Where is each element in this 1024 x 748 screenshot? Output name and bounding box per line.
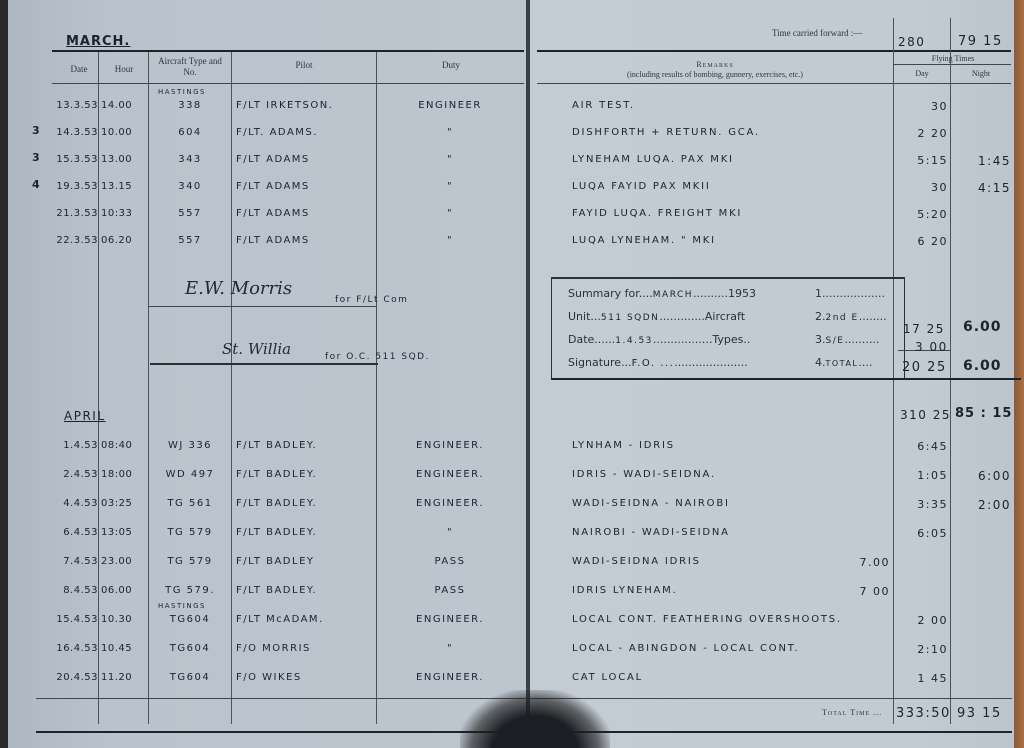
april-carried-day: 310 25 <box>900 408 951 422</box>
entry-night-time: 2:00 <box>953 498 1011 512</box>
entry-pilot: F/LT IRKETSON. <box>236 100 333 111</box>
entry-hour: 23.00 <box>101 556 132 567</box>
entry-hour: 06.00 <box>101 585 132 596</box>
entry-extra-time: 7.00 <box>836 556 890 569</box>
flight-commander-signature: E.W. Morris <box>185 278 292 299</box>
entry-hour: 10.45 <box>101 643 132 654</box>
logbook-left-page <box>8 0 530 748</box>
entry-pilot: F/LT BADLEY. <box>236 469 317 480</box>
summary-line-3: 3.S/E.......... <box>815 333 879 346</box>
entry-day-time: 30 <box>896 181 948 194</box>
month-heading-march: MARCH. <box>66 34 130 49</box>
entry-duty: PASS <box>380 585 520 596</box>
entry-date: 15.4.53 <box>40 614 98 625</box>
entry-day-time: 1 45 <box>896 672 948 685</box>
column-header-flying-times: Flying Times <box>894 54 1012 63</box>
entry-aircraft: WJ 336 <box>155 440 225 451</box>
entry-night-time: 1:45 <box>953 154 1011 168</box>
summary-unit: 511 SQDN <box>601 313 660 323</box>
carried-forward-day: 280 <box>898 35 925 49</box>
entry-duty: " <box>380 154 520 165</box>
officer-commanding-title: for O.C. 511 SQD. <box>325 352 430 362</box>
page-edge <box>1014 0 1024 748</box>
entry-hour: 13:05 <box>101 527 132 538</box>
col-divider-date <box>98 52 99 724</box>
summary-se-day: 3 00 <box>915 340 948 354</box>
entry-aircraft: WD 497 <box>155 469 225 480</box>
entry-remarks: NAIROBI - WADI-SEIDNA <box>572 527 730 538</box>
column-header-pilot: Pilot <box>232 60 376 70</box>
entry-duty: " <box>380 208 520 219</box>
summary-total-day: 20 25 <box>902 360 947 375</box>
entry-day-time: 5:15 <box>896 154 948 167</box>
bottom-rule-left <box>36 698 526 699</box>
col-divider-aircraft <box>231 52 232 724</box>
entry-day-time: 3:35 <box>896 498 948 511</box>
entry-date: 15.3.53 <box>40 154 98 165</box>
entry-pilot: F/LT BADLEY. <box>236 498 317 509</box>
entry-remarks: WADI-SEIDNA - NAIROBI <box>572 498 730 509</box>
entry-day-time: 2 00 <box>896 614 948 627</box>
entry-date: 22.3.53 <box>40 235 98 246</box>
entry-date: 16.4.53 <box>40 643 98 654</box>
summary-total-night: 6.00 <box>963 358 1002 374</box>
entry-pilot: F/O MORRIS <box>236 643 311 654</box>
entry-hour: 08:40 <box>101 440 132 451</box>
summary-date-row: Date......1.4.53.................Types.. <box>568 333 750 346</box>
entry-pilot: F/LT BADLEY. <box>236 527 317 538</box>
entry-aircraft: 338 <box>155 100 225 111</box>
flying-times-rule <box>893 64 1011 65</box>
entry-date: 13.3.53 <box>40 100 98 111</box>
entry-hour: 13.15 <box>101 181 132 192</box>
entry-aircraft: 557 <box>155 208 225 219</box>
entry-remarks: LYNEHAM LUQA. PAX MKI <box>572 154 734 165</box>
entry-duty: " <box>380 235 520 246</box>
book-spine <box>526 0 530 748</box>
entry-duty: " <box>380 181 520 192</box>
entry-day-time: 5:20 <box>896 208 948 221</box>
column-header-night: Night <box>951 69 1011 78</box>
entry-aircraft: 604 <box>155 127 225 138</box>
entry-duty: ENGINEER. <box>380 614 520 625</box>
header-rule-bottom-right <box>537 83 1011 84</box>
summary-unit-row: Unit...511 SQDN.............Aircraft <box>568 310 745 323</box>
col-divider-pilot <box>376 52 377 724</box>
entry-remarks: DISHFORTH + RETURN. GCA. <box>572 127 760 138</box>
entry-duty: ENGINEER. <box>380 469 520 480</box>
column-header-aircraft: Aircraft Type and No. <box>152 56 228 78</box>
entry-hour: 10.00 <box>101 127 132 138</box>
entry-pilot: F/LT BADLEY. <box>236 440 317 451</box>
entry-duty: " <box>380 127 520 138</box>
summary-underline <box>551 378 1021 380</box>
entry-aircraft: 557 <box>155 235 225 246</box>
entry-remarks: LYNHAM - IDRIS <box>572 440 675 451</box>
entry-date: 2.4.53 <box>40 469 98 480</box>
entry-remarks: LOCAL CONT. FEATHERING OVERSHOOTS. <box>572 614 842 625</box>
time-carried-forward-label: Time carried forward :— <box>772 28 862 38</box>
summary-year: 1953 <box>728 287 756 300</box>
entry-pilot: F/LT BADLEY <box>236 556 315 567</box>
entry-day-time: 2:10 <box>896 643 948 656</box>
total-time-label: Total Time ... <box>822 708 882 717</box>
entry-aircraft: TG604 <box>155 672 225 683</box>
entry-hour: 10.30 <box>101 614 132 625</box>
entry-pilot: F/LT ADAMS <box>236 181 310 192</box>
entry-aircraft: TG604 <box>155 614 225 625</box>
entry-hour: 10:33 <box>101 208 132 219</box>
summary-month: MARCH <box>653 290 693 300</box>
entry-remarks: AIR TEST. <box>572 100 635 111</box>
signature-rule-2 <box>150 363 378 365</box>
entry-aircraft: TG 579. <box>155 585 225 596</box>
entry-date: 20.4.53 <box>40 672 98 683</box>
column-header-remarks-sub: (including results of bombing, gunnery, … <box>540 70 890 79</box>
entry-date: 19.3.53 <box>40 181 98 192</box>
entry-hour: 03:25 <box>101 498 132 509</box>
officer-commanding-signature: St. Willia <box>222 340 291 358</box>
column-header-duty: Duty <box>378 60 524 70</box>
entry-remarks: FAYID LUQA. FREIGHT MKI <box>572 208 742 219</box>
entry-night-time: 4:15 <box>953 181 1011 195</box>
entry-aircraft: TG 579 <box>155 527 225 538</box>
entry-duty: ENGINEER. <box>380 672 520 683</box>
entry-day-time: 2 20 <box>896 127 948 140</box>
column-header-remarks: Remarks <box>540 60 890 69</box>
entry-hour: 11.20 <box>101 672 132 683</box>
entry-aircraft: 340 <box>155 181 225 192</box>
entry-date: 8.4.53 <box>40 585 98 596</box>
col-divider-night <box>950 18 951 724</box>
summary-2e-day: 17 25 <box>903 322 945 336</box>
aircraft-type: HASTINGS <box>158 88 206 96</box>
entry-day-time: 6:45 <box>896 440 948 453</box>
entry-hour: 14.00 <box>101 100 132 111</box>
entry-remarks: IDRIS - WADI-SEIDNA. <box>572 469 716 480</box>
entry-date: 6.4.53 <box>40 527 98 538</box>
summary-signature-row: Signature...F.O. .......................… <box>568 356 748 369</box>
flight-commander-title: for F/Lt Com <box>335 295 408 305</box>
entry-remarks: LOCAL - ABINGDON - LOCAL CONT. <box>572 643 799 654</box>
entry-remarks: LUQA LYNEHAM. " MKI <box>572 235 716 246</box>
entry-pilot: F/LT BADLEY. <box>236 585 317 596</box>
entry-aircraft: 343 <box>155 154 225 165</box>
column-header-hour: Hour <box>100 64 148 74</box>
summary-line-1: 1.................. <box>815 287 885 300</box>
entry-remarks: WADI-SEIDNA IDRIS <box>572 556 701 567</box>
total-time-day: 333:50 <box>896 706 951 721</box>
entry-duty: " <box>380 643 520 654</box>
entry-night-time: 6:00 <box>953 469 1011 483</box>
entry-duty: ENGINEER. <box>380 498 520 509</box>
entry-remarks: LUQA FAYID PAX MKII <box>572 181 711 192</box>
entry-date: 21.3.53 <box>40 208 98 219</box>
column-header-day: Day <box>894 69 950 78</box>
entry-extra-time: 7 00 <box>836 585 890 598</box>
ink-stain <box>460 690 610 748</box>
entry-day-time: 6:05 <box>896 527 948 540</box>
entry-day-time: 30 <box>896 100 948 113</box>
summary-for-row: Summary for....MARCH..........1953 <box>568 287 756 300</box>
carried-forward-night: 79 15 <box>958 34 1003 49</box>
entry-date: 7.4.53 <box>40 556 98 567</box>
april-carried-night: 85 : 15 <box>955 406 1012 421</box>
entry-date: 1.4.53 <box>40 440 98 451</box>
month-heading-april: APRIL <box>64 409 106 423</box>
summary-signature: F.O. ... <box>632 358 675 369</box>
entry-pilot: F/LT McADAM. <box>236 614 324 625</box>
entry-duty: " <box>380 527 520 538</box>
total-rule-left <box>36 731 526 733</box>
header-rule-bottom <box>52 83 524 84</box>
entry-remarks: CAT LOCAL <box>572 672 643 683</box>
entry-pilot: F/LT. ADAMS. <box>236 127 318 138</box>
entry-pilot: F/LT ADAMS <box>236 208 310 219</box>
entry-hour: 06.20 <box>101 235 132 246</box>
monthly-summary-stamp: Summary for....MARCH..........1953 Unit.… <box>551 277 905 380</box>
column-header-date: Date <box>60 64 98 74</box>
summary-2e-night: 6.00 <box>963 319 1002 335</box>
entry-day-time: 6 20 <box>896 235 948 248</box>
entry-aircraft: TG 579 <box>155 556 225 567</box>
entry-pilot: F/O WIKES <box>236 672 302 683</box>
entry-pilot: F/LT ADAMS <box>236 235 310 246</box>
entry-duty: ENGINEER <box>380 100 520 111</box>
entry-aircraft: TG 561 <box>155 498 225 509</box>
header-rule-top-right <box>537 50 1011 52</box>
total-time-night: 93 15 <box>957 706 1002 721</box>
entry-remarks: IDRIS LYNEHAM. <box>572 585 678 596</box>
entry-date: 14.3.53 <box>40 127 98 138</box>
entry-day-time: 1:05 <box>896 469 948 482</box>
summary-line-4: 4.TOTAL.... <box>815 356 872 369</box>
entry-aircraft: TG604 <box>155 643 225 654</box>
summary-date: 1.4.53 <box>615 336 653 346</box>
col-divider-hour <box>148 52 149 724</box>
entry-pilot: F/LT ADAMS <box>236 154 310 165</box>
entry-hour: 18:00 <box>101 469 132 480</box>
aircraft-type: HASTINGS <box>158 602 206 610</box>
header-rule-top <box>52 50 524 52</box>
summary-line-2: 2.2nd E........ <box>815 310 887 323</box>
entry-hour: 13.00 <box>101 154 132 165</box>
entry-duty: PASS <box>380 556 520 567</box>
entry-date: 4.4.53 <box>40 498 98 509</box>
entry-duty: ENGINEER. <box>380 440 520 451</box>
signature-rule-1 <box>148 306 376 307</box>
